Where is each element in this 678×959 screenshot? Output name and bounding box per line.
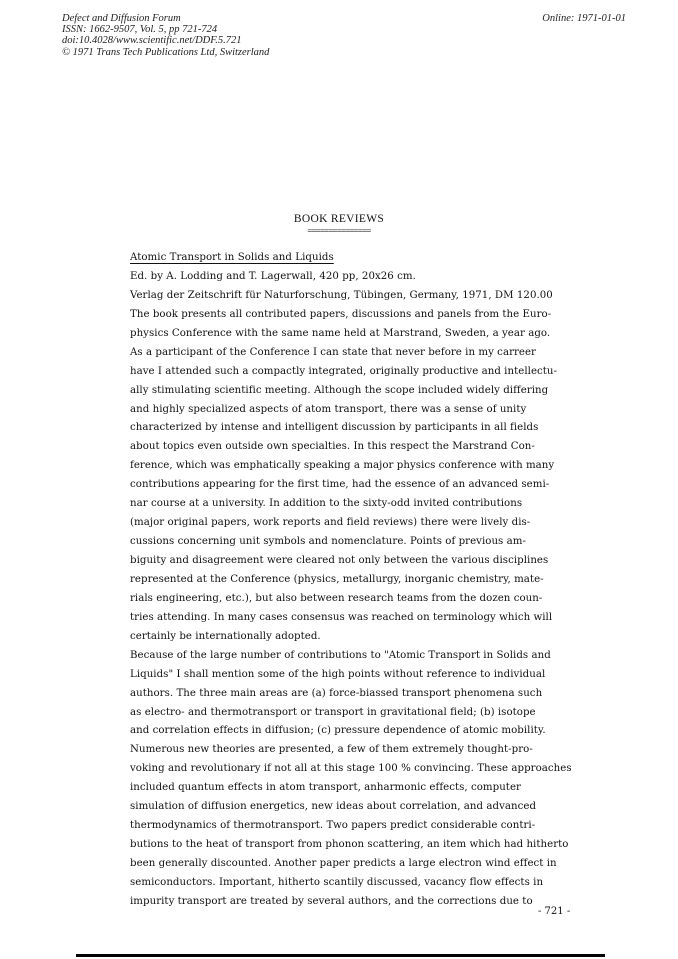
body-line: Liquids" I shall mention some of the hig… [130,666,610,685]
body-line: Verlag der Zeitschrift für Naturforschun… [130,287,610,306]
body-line: characterized by intense and intelligent… [130,419,610,438]
online-date: Online: 1971-01-01 [542,13,626,24]
body-line: about topics even outside own specialtie… [130,438,610,457]
body-line: ally stimulating scientific meeting. Alt… [130,382,610,401]
body-line: simulation of diffusion energetics, new … [130,798,610,817]
body-line: have I attended such a compactly integra… [130,363,610,382]
section-title-underline: =============== [0,227,678,235]
body-line: and correlation effects in diffusion; (c… [130,722,610,741]
body-line: biguity and disagreement were cleared no… [130,552,610,571]
body-line: as electro- and thermotransport or trans… [130,704,610,723]
body-line: physics Conference with the same name he… [130,325,610,344]
body-line: semiconductors. Important, hitherto scan… [130,874,610,893]
book-title-line: Atomic Transport in Solids and Liquids [130,249,610,268]
body-line: ference, which was emphatically speaking… [130,457,610,476]
body-line: represented at the Conference (physics, … [130,571,610,590]
page-number: - 721 - [538,906,570,917]
issn-volume-pages: ISSN: 1662-9507, Vol. 5, pp 721-724 [62,24,269,35]
body-line: been generally discounted. Another paper… [130,855,610,874]
body-line: butions to the heat of transport from ph… [130,836,610,855]
body-line: Because of the large number of contribut… [130,647,610,666]
body-line: voking and revolutionary if not all at t… [130,760,610,779]
body-line: and highly specialized aspects of atom t… [130,401,610,420]
doi: doi:10.4028/www.scientific.net/DDF.5.721 [62,35,269,46]
body-line: Numerous new theories are presented, a f… [130,741,610,760]
body-line: rials engineering, etc.), but also betwe… [130,590,610,609]
body-line: contributions appearing for the first ti… [130,476,610,495]
body-line: The book presents all contributed papers… [130,306,610,325]
journal-name: Defect and Diffusion Forum [62,13,269,24]
body-line: certainly be internationally adopted. [130,628,610,647]
book-title: Atomic Transport in Solids and Liquids [130,252,334,263]
body-line: cussions concerning unit symbols and nom… [130,533,610,552]
body-line: included quantum effects in atom transpo… [130,779,610,798]
bottom-rule [76,954,605,957]
body-line: As a participant of the Conference I can… [130,344,610,363]
body-line: tries attending. In many cases consensus… [130,609,610,628]
review-body: Atomic Transport in Solids and Liquids E… [130,249,610,912]
body-line: thermodynamics of thermotransport. Two p… [130,817,610,836]
body-line: (major original papers, work reports and… [130,514,610,533]
copyright: © 1971 Trans Tech Publications Ltd, Swit… [62,47,269,58]
section-title: BOOK REVIEWS [0,213,678,225]
body-line: authors. The three main areas are (a) fo… [130,685,610,704]
body-line: Ed. by A. Lodding and T. Lagerwall, 420 … [130,268,610,287]
citation-header: Defect and Diffusion Forum ISSN: 1662-95… [62,13,269,58]
body-line: nar course at a university. In addition … [130,495,610,514]
